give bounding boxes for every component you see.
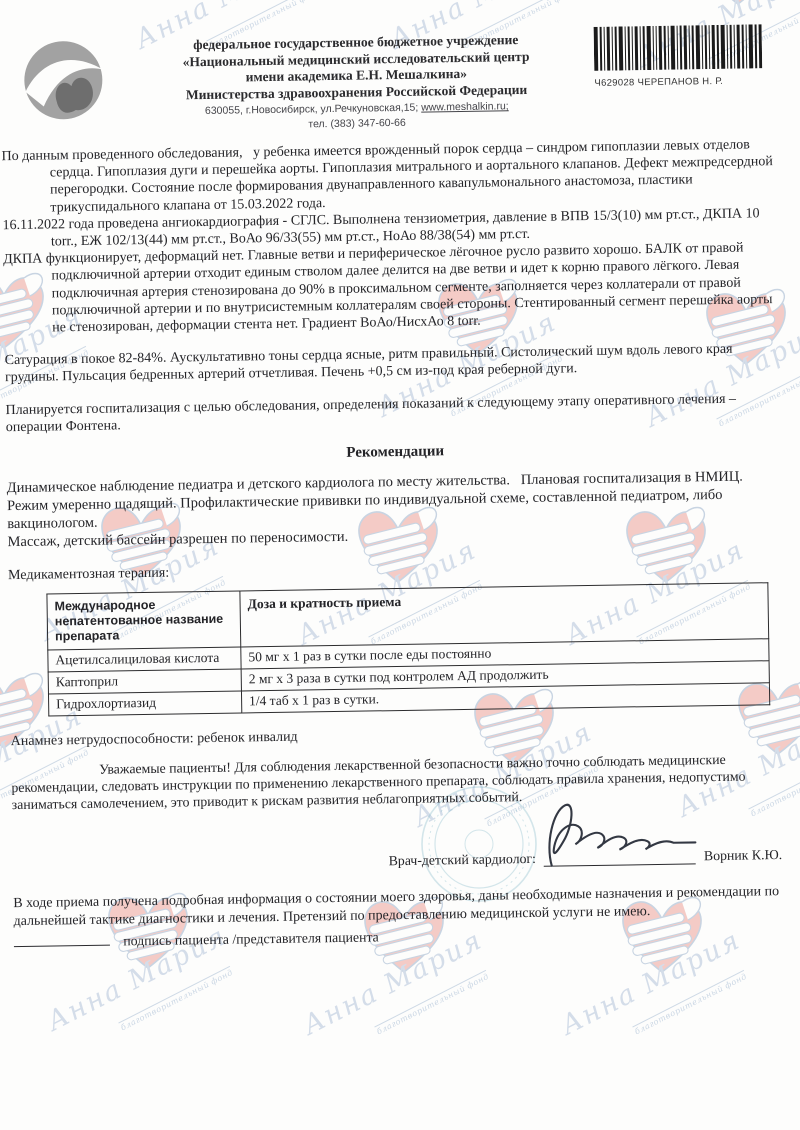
document-content: федеральное государственное бюджетное уч… <box>0 0 800 1130</box>
drug-name: Ацетилсалициловая кислота <box>48 647 241 672</box>
barcode-label: Ч629028 ЧЕРЕПАНОВ Н. Р. <box>594 75 770 89</box>
handwritten-signature <box>537 796 703 871</box>
recommendations-title: Рекомендации <box>6 438 784 467</box>
organization-block: федеральное государственное бюджетное уч… <box>122 27 592 134</box>
document-body: По данным проведенного обследования, у р… <box>0 136 800 952</box>
patient-signature-blank <box>14 931 110 948</box>
patient-signature-label: подпись пациента /представителя пациента <box>123 930 379 949</box>
therapy-label: Медикаментозная терапия: <box>8 556 786 584</box>
table-header-drug: Международное непатентованное название п… <box>47 591 241 650</box>
paragraph-saturation: Сатурация в покое 82-84%. Аускультативно… <box>5 340 783 387</box>
document-header: федеральное государственное бюджетное уч… <box>0 0 793 136</box>
paragraph-dkpa: ДКПА функционирует, деформаций нет. Глав… <box>3 239 782 337</box>
recommendations-block: Динамическое наблюдение педиатра и детск… <box>7 467 786 551</box>
doctor-signature-row: Врач-детский кардиолог: Ворник К.Ю. <box>12 817 791 875</box>
medication-table: Международное непатентованное название п… <box>46 582 770 716</box>
scanned-document-page: Анна Мария благотворительный фонд Анн <box>0 0 800 1130</box>
paragraph-diagnosis: По данным проведенного обследования, у р… <box>1 136 780 217</box>
barcode-block: Ч629028 ЧЕРЕПАНОВ Н. Р. <box>594 24 771 89</box>
website-link: www.meshalkin.ru; <box>421 100 509 113</box>
doctor-name: Ворник К.Ю. <box>704 847 782 864</box>
doctor-label: Врач-детский кардиолог: <box>389 851 537 869</box>
drug-name: Каптоприл <box>48 669 241 694</box>
anamnesis-line: Анамнез нетрудоспособности: ребенок инва… <box>11 722 789 750</box>
drug-name: Гидрохлортиазид <box>48 691 241 716</box>
clinic-logo-icon <box>18 38 123 131</box>
table-header-dose: Доза и кратность приема <box>240 583 769 647</box>
paragraph-hospitalization-plan: Планируется госпитализация с целью обсле… <box>5 390 783 437</box>
barcode-icon <box>594 55 762 75</box>
doctor-signature-line <box>544 844 696 867</box>
